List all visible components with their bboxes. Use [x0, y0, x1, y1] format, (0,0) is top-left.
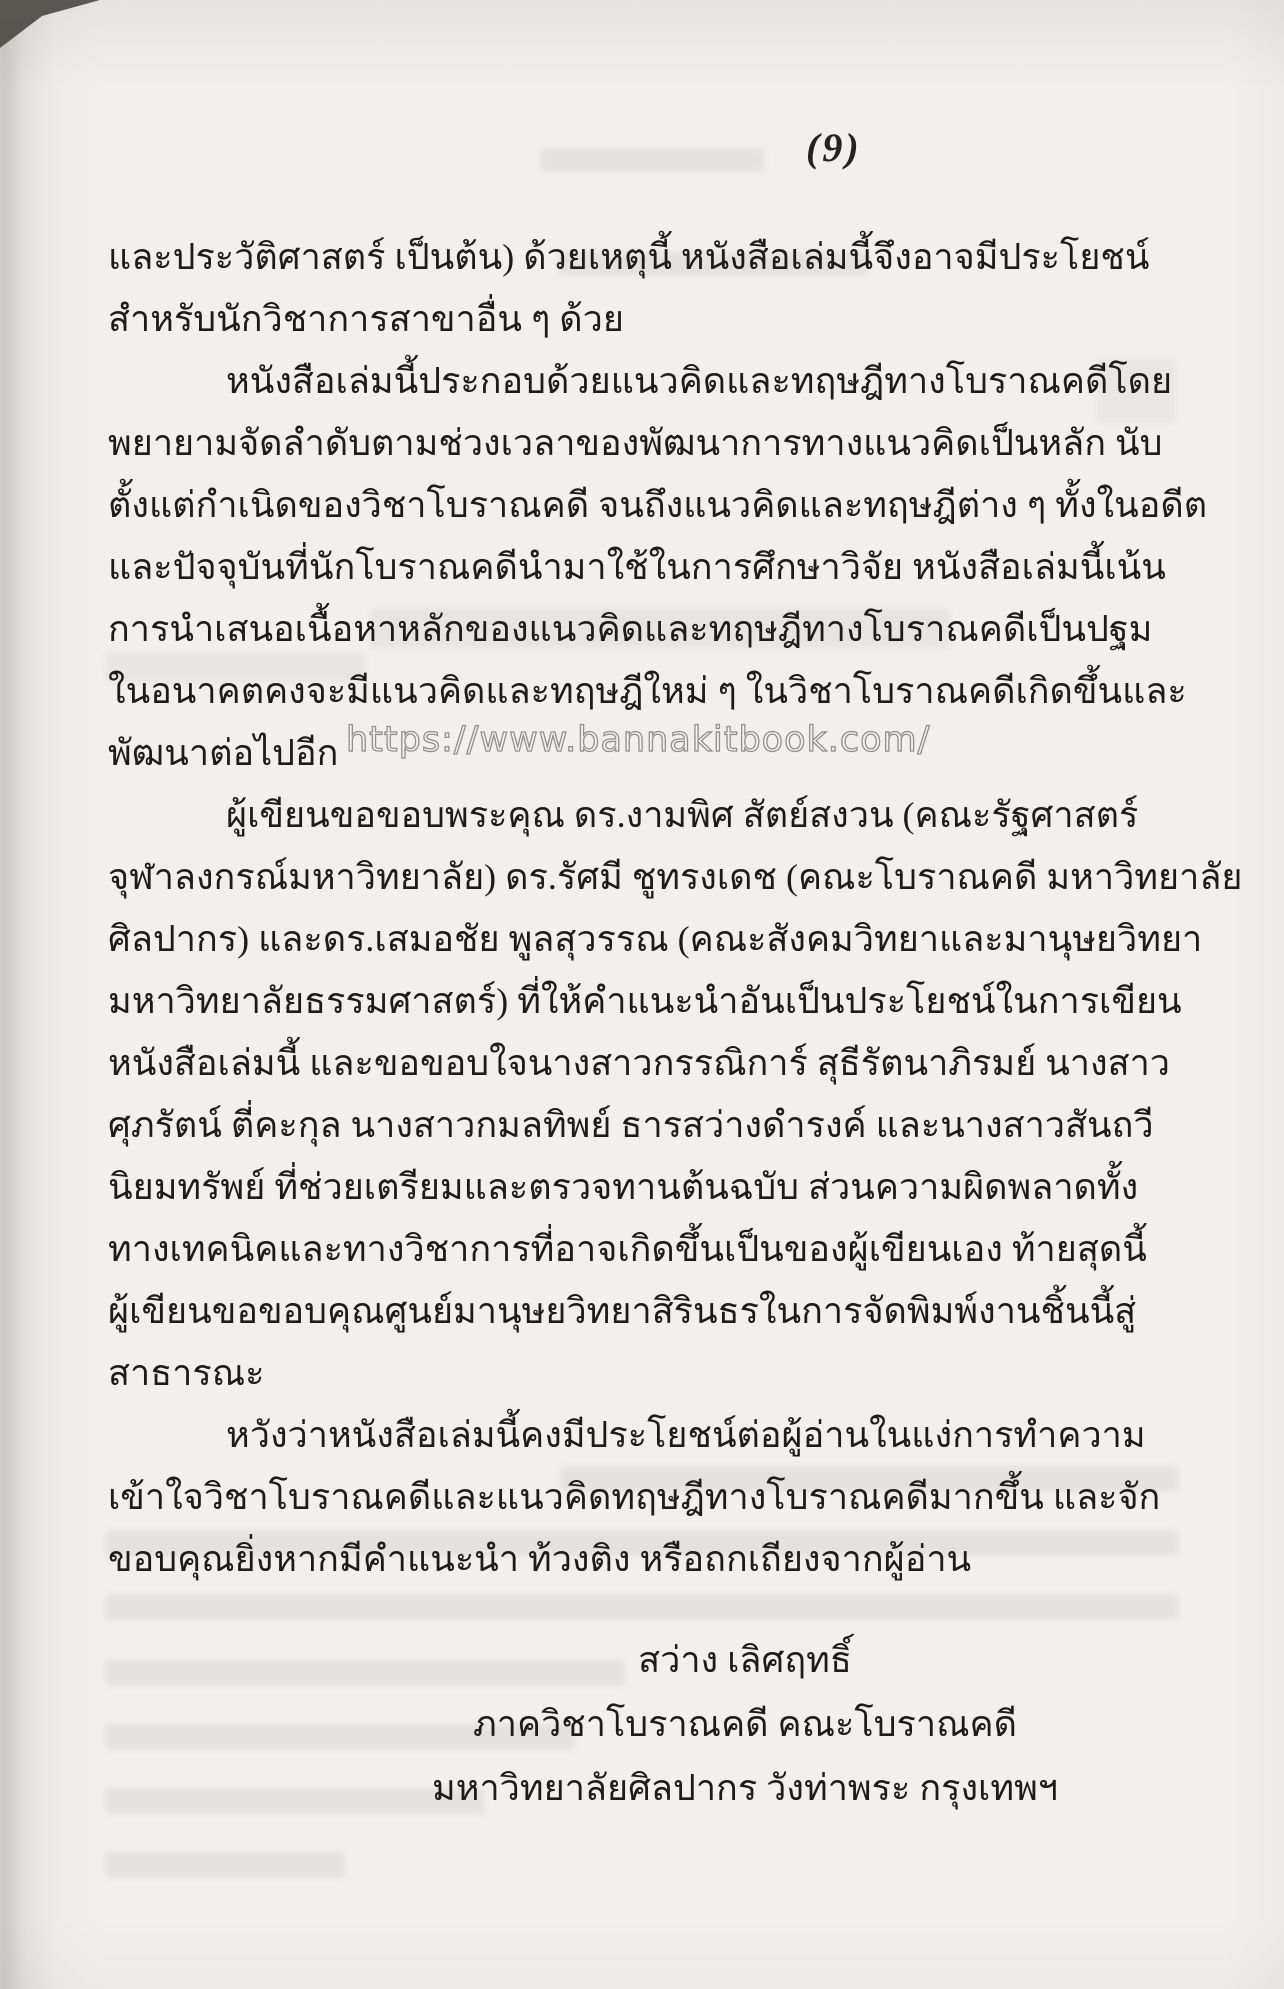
paragraph-2: หนังสือเล่มนี้ประกอบด้วยแนวคิดและทฤษฎีทา… — [108, 350, 1098, 784]
text-line: สำหรับนักวิชาการสาขาอื่น ๆ ด้วย — [108, 288, 1098, 350]
text-line: พยายามจัดลำดับตามช่วงเวลาของพัฒนาการทางแ… — [108, 412, 1098, 474]
text-line: และปัจจุบันที่นักโบราณคดีนำมาใช้ในการศึก… — [108, 536, 1098, 598]
bleedthrough-artifact — [105, 1852, 345, 1878]
page-number: (9) — [806, 124, 862, 171]
text-line: หนังสือเล่มนี้ และขอขอบใจนางสาวกรรณิการ์… — [108, 1032, 1098, 1094]
text-line: ในอนาคตคงจะมีแนวคิดและทฤษฎีใหม่ ๆ ในวิชา… — [108, 660, 1098, 722]
scanned-book-page: (9) และประวัติศาสตร์ เป็นต้น) ด้วยเหตุนี… — [0, 0, 1284, 1989]
text-line: ผู้เขียนขอขอบพระคุณ ดร.งามพิศ สัตย์สงวน … — [108, 784, 1098, 846]
text-line: ผู้เขียนขอขอบคุณศูนย์มานุษยวิทยาสิรินธรใ… — [108, 1280, 1098, 1342]
text-line: และประวัติศาสตร์ เป็นต้น) ด้วยเหตุนี้ หน… — [108, 226, 1098, 288]
text-line: ศุภรัตน์ ตี่คะกุล นางสาวกมลทิพย์ ธารสว่า… — [108, 1094, 1098, 1156]
paragraph-1: และประวัติศาสตร์ เป็นต้น) ด้วยเหตุนี้ หน… — [108, 226, 1098, 350]
text-line: หนังสือเล่มนี้ประกอบด้วยแนวคิดและทฤษฎีทา… — [108, 350, 1098, 412]
text-line: ทางเทคนิคและทางวิชาการที่อาจเกิดขึ้นเป็น… — [108, 1218, 1098, 1280]
text-line: ตั้งแต่กำเนิดของวิชาโบราณคดี จนถึงแนวคิด… — [108, 474, 1098, 536]
author-university: มหาวิทยาลัยศิลปากร วังท่าพระ กรุงเทพฯ — [380, 1756, 1110, 1820]
text-line: หวังว่าหนังสือเล่มนี้คงมีประโยชน์ต่อผู้อ… — [108, 1404, 1098, 1466]
preface-text: และประวัติศาสตร์ เป็นต้น) ด้วยเหตุนี้ หน… — [108, 226, 1098, 1590]
text-line: ศิลปากร) และดร.เสมอชัย พูลสุวรรณ (คณะสัง… — [108, 908, 1098, 970]
text-line: นิยมทรัพย์ ที่ช่วยเตรียมและตรวจทานต้นฉบั… — [108, 1156, 1098, 1218]
watermark-url: https://www.bannakitbook.com/ — [346, 720, 906, 760]
binding-gutter-shadow-inner — [0, 0, 120, 1989]
signature-block: สว่าง เลิศฤทธิ์ ภาควิชาโบราณคดี คณะโบราณ… — [380, 1628, 1110, 1820]
author-name: สว่าง เลิศฤทธิ์ — [380, 1628, 1110, 1692]
bleedthrough-artifact — [105, 1594, 1178, 1620]
paragraph-3: ผู้เขียนขอขอบพระคุณ ดร.งามพิศ สัตย์สงวน … — [108, 784, 1098, 1404]
text-line: สาธารณะ — [108, 1342, 1098, 1404]
text-line: การนำเสนอเนื้อหาหลักของแนวคิดและทฤษฎีทาง… — [108, 598, 1098, 660]
text-line: มหาวิทยาลัยธรรมศาสตร์) ที่ให้คำแนะนำอันเ… — [108, 970, 1098, 1032]
author-department: ภาควิชาโบราณคดี คณะโบราณคดี — [380, 1692, 1110, 1756]
text-line: ขอบคุณยิ่งหากมีคำแนะนำ ท้วงติง หรือถกเถี… — [108, 1528, 1098, 1590]
bleedthrough-artifact — [540, 148, 765, 172]
text-line: จุฬาลงกรณ์มหาวิทยาลัย) ดร.รัศมี ชูทรงเดช… — [108, 846, 1098, 908]
paragraph-4: หวังว่าหนังสือเล่มนี้คงมีประโยชน์ต่อผู้อ… — [108, 1404, 1098, 1590]
text-line: เข้าใจวิชาโบราณคดีและแนวคิดทฤษฎีทางโบราณ… — [108, 1466, 1098, 1528]
